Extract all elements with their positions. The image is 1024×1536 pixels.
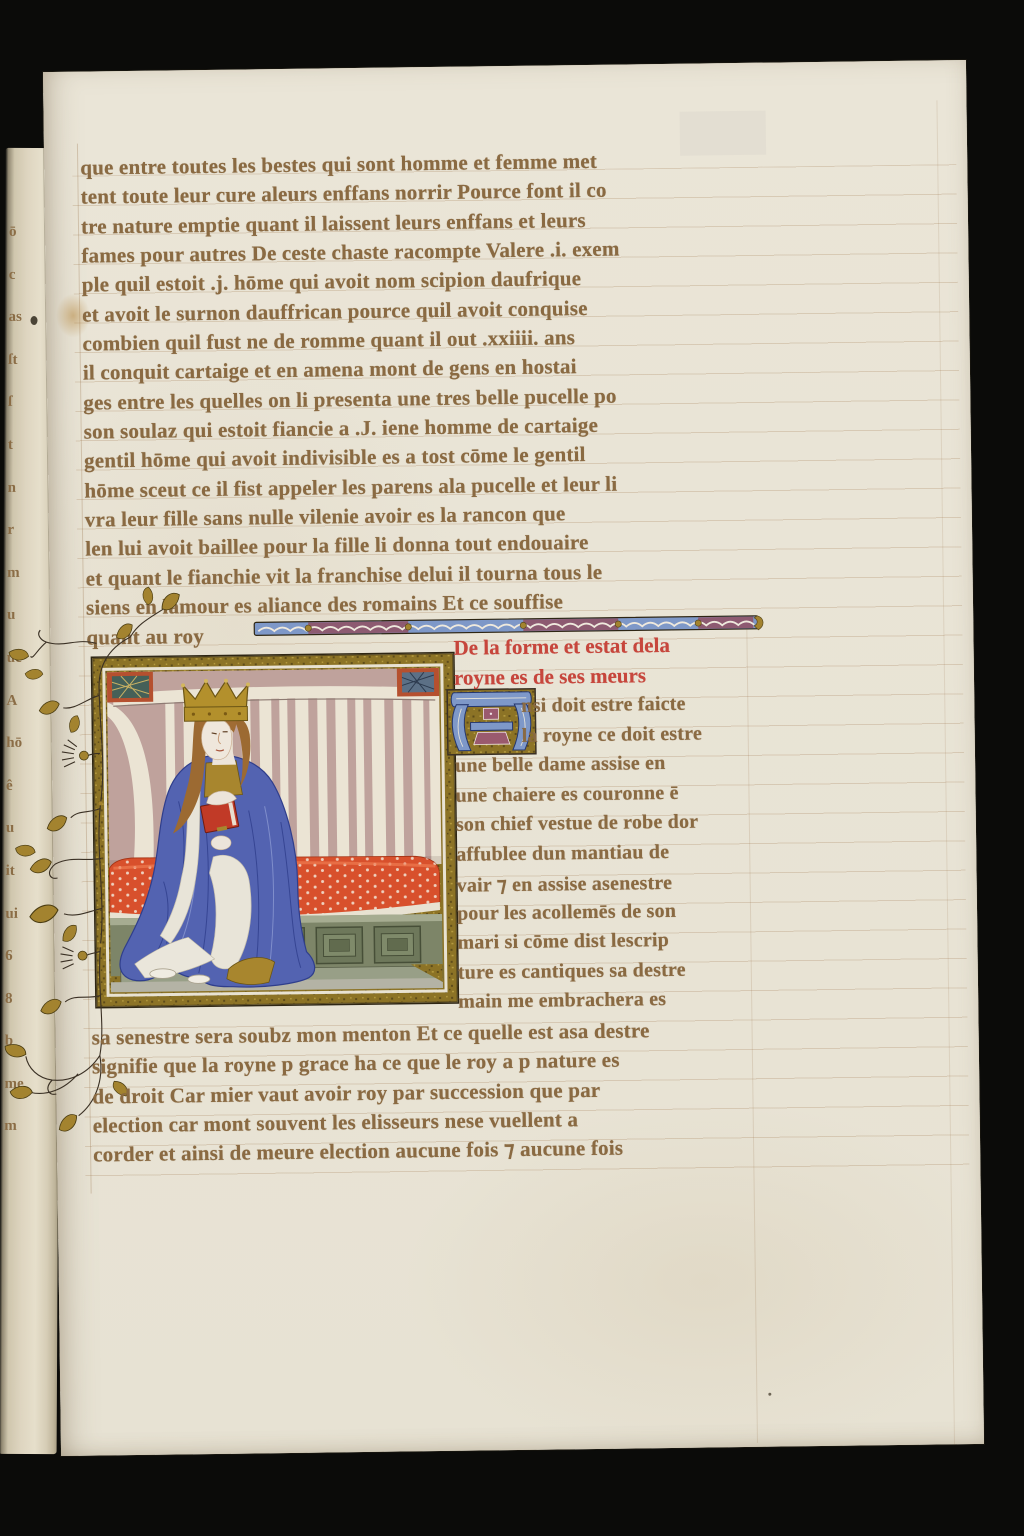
margin-fragment-letter: c [5, 266, 39, 309]
manuscript-page: que entre toutes les bestes qui sont hom… [43, 60, 984, 1456]
column-text-line: une belle dame assise en [455, 752, 698, 785]
margin-fragment-letter: ō [5, 224, 39, 267]
column-text-indented: nsi doit estre faictela royne ce doit es… [521, 693, 702, 754]
parchment-speck [768, 1393, 771, 1396]
column-text-block: une belle dame assise enune chaiere es c… [455, 752, 701, 1021]
column-text-line: mari si cōme dist lescrip [457, 929, 700, 962]
column-text-line: nsi doit estre faicte [521, 693, 702, 725]
hand [211, 836, 231, 850]
rubric-line: De la forme et estat dela [453, 633, 670, 666]
column-text-line: son chief vestue de robe dor [456, 811, 699, 844]
margin-fragment-letter: n [3, 479, 37, 522]
lower-text-block: sa senestre sera soubz mon menton Et ce … [91, 1018, 651, 1172]
margin-fragment-letter: r [3, 522, 37, 565]
ink-showthrough [680, 111, 767, 156]
margin-fragment-letter: t [4, 437, 38, 480]
column-text-line: affublee dun mantiau de [456, 840, 699, 873]
margin-fragment-letter: ſt [4, 352, 38, 395]
page-edge-flaw [30, 316, 37, 325]
column-text-line: une chaiere es couronne ē [455, 781, 698, 814]
ruling-vertical-right [936, 100, 955, 1444]
rubric-line: royne es de ses meurs [454, 663, 671, 696]
column-text-line: vair ⁊ en assise asenestre [456, 870, 699, 903]
column-text-line: pour les acollemēs de son [457, 899, 700, 932]
lower-text-line: corder et ainsi de meure election aucune… [93, 1136, 651, 1173]
chapter-rubric: De la forme et estat delaroyne es de ses… [453, 633, 670, 696]
margin-fragment-letter: ſ [4, 394, 38, 437]
column-text-line: main me embrachera es [458, 988, 701, 1021]
body-text-block: que entre toutes les bestes qui sont hom… [80, 149, 625, 655]
margin-fragment-letter: m [3, 565, 37, 608]
column-text-line: la royne ce doit estre [522, 722, 703, 754]
canopy-corner-right [397, 668, 439, 697]
column-text-line: ture es cantiques sa destre [458, 958, 701, 991]
ruling-vertical-mid [746, 623, 758, 1443]
